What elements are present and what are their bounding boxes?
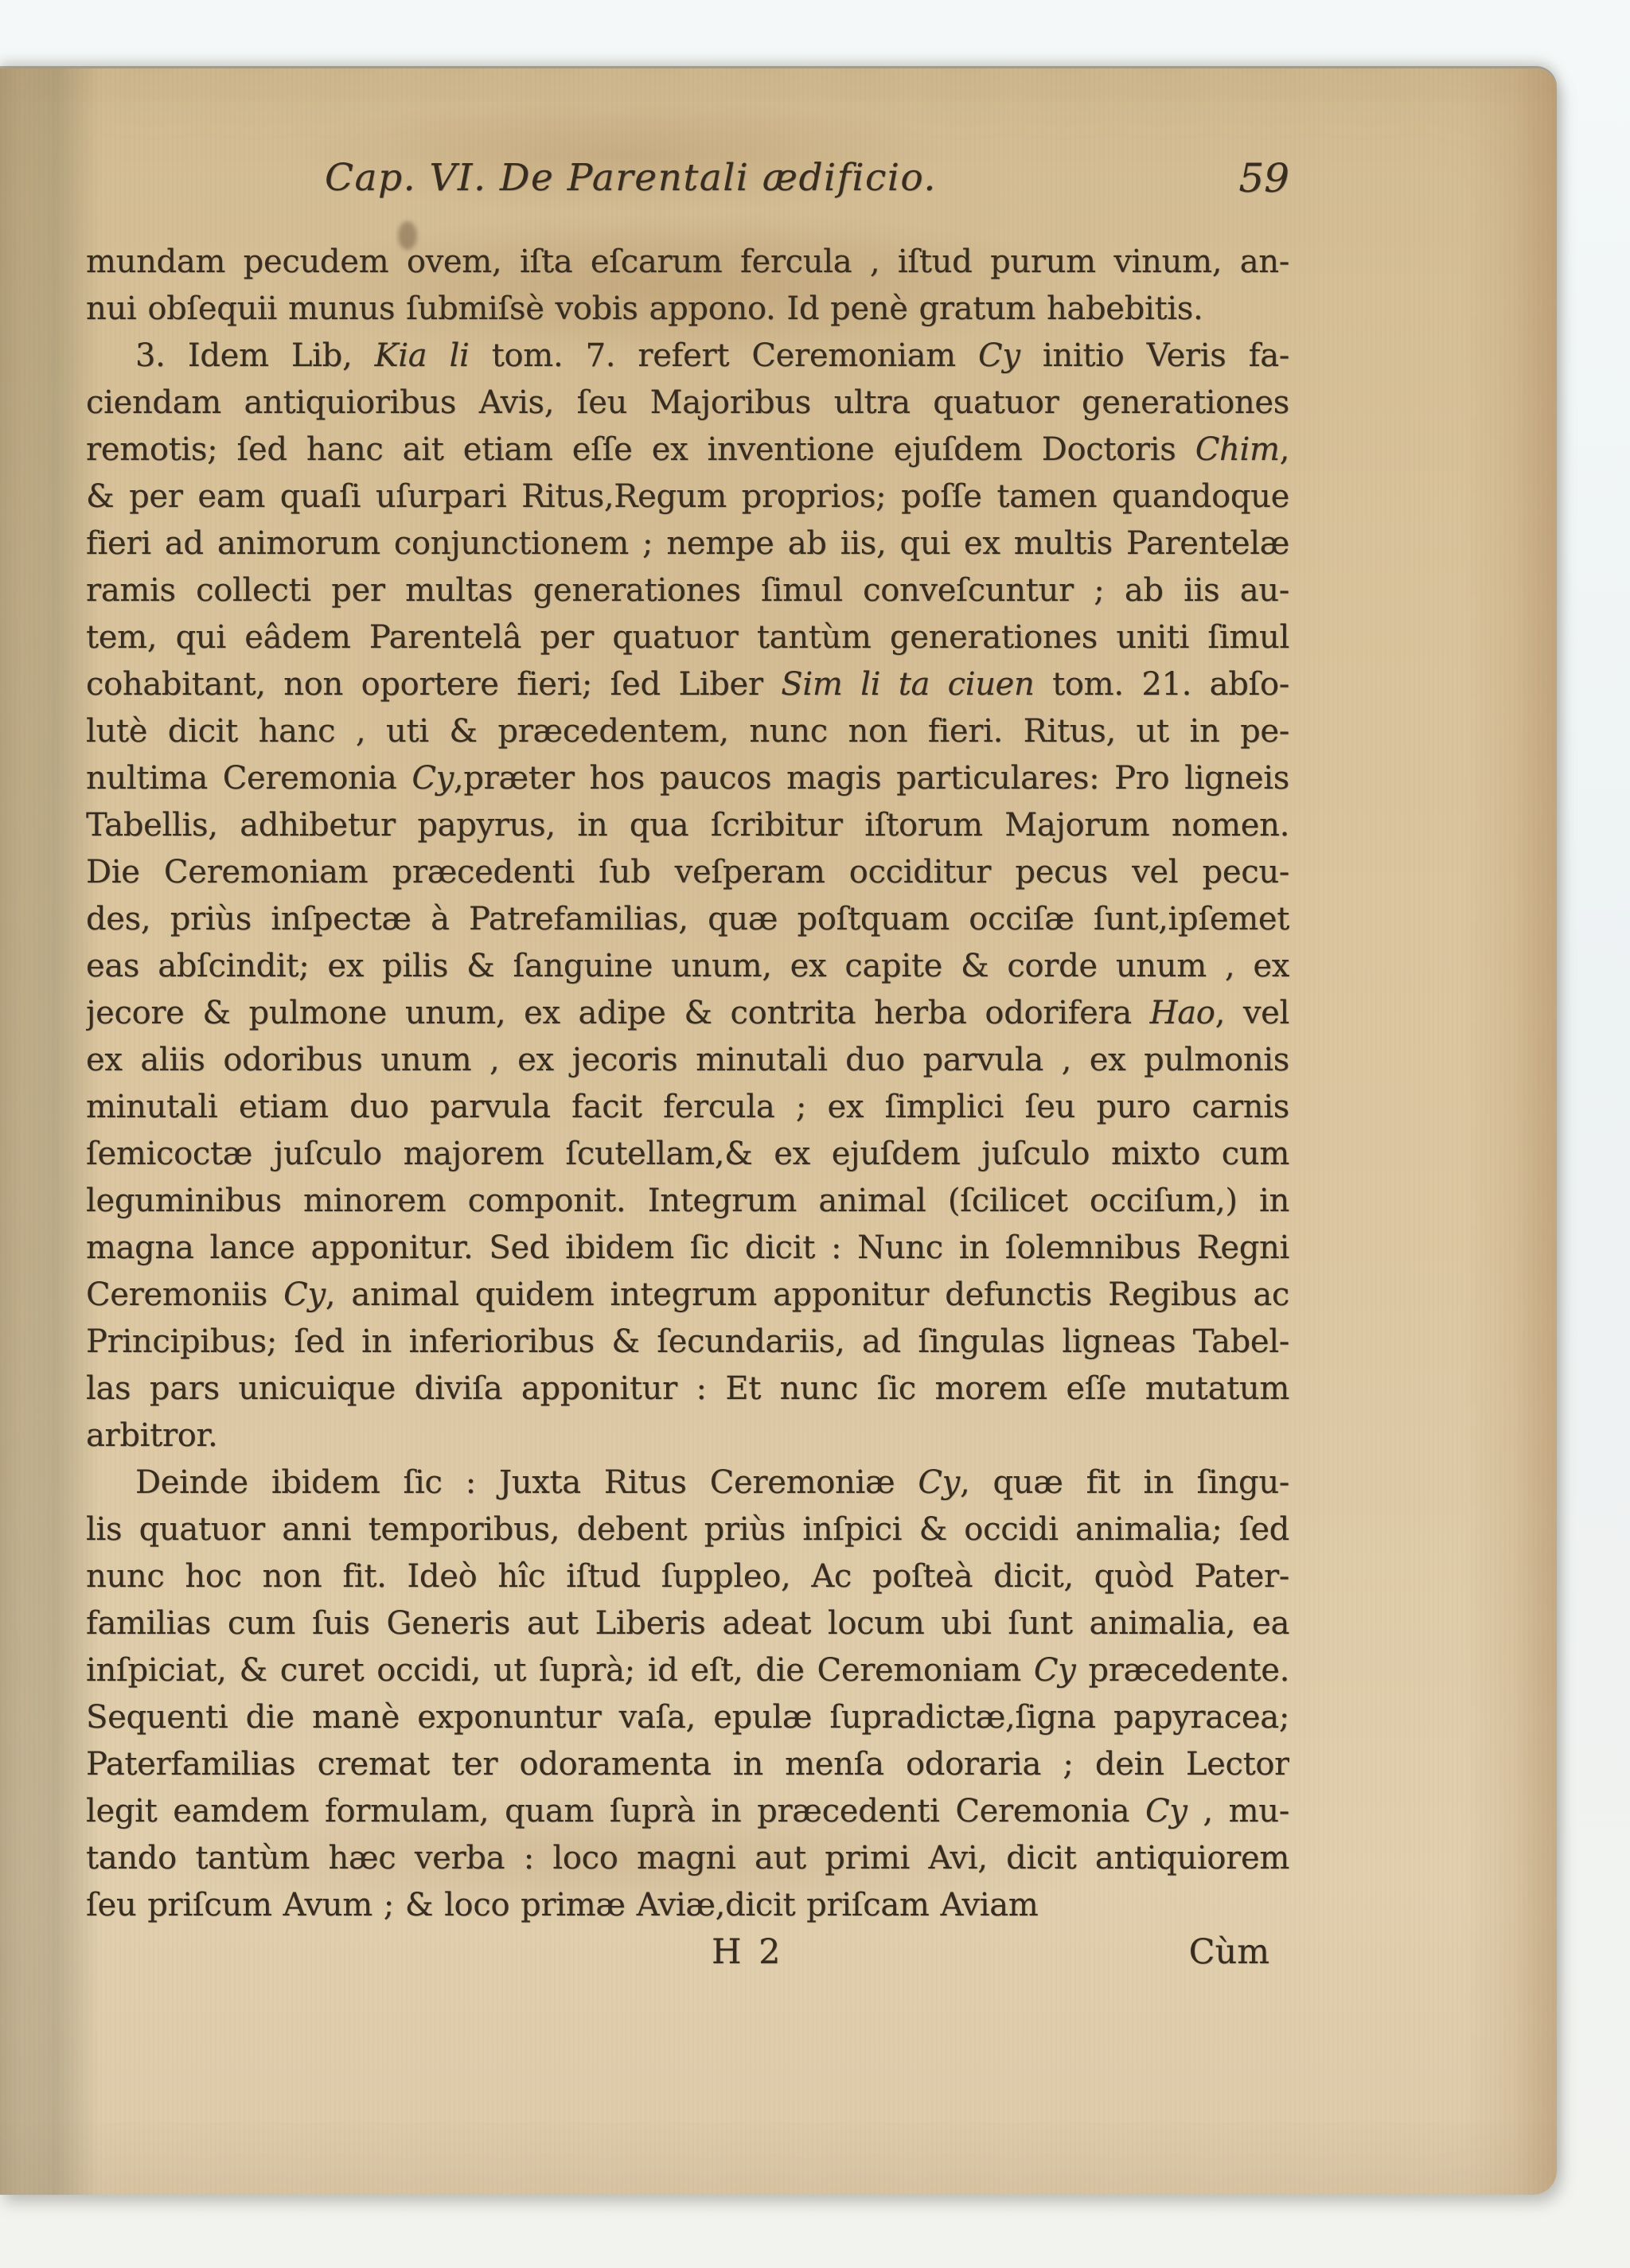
- text-line: Die Ceremoniam præcedenti ſub veſperam o…: [86, 849, 1289, 896]
- text-line: minutali etiam duo parvula facit fercula…: [86, 1084, 1289, 1131]
- text-run: Sequenti die manè exponuntur vaſa, epulæ…: [86, 1699, 1289, 1736]
- text-run: lis quatuor anni temporibus, debent priù…: [86, 1511, 1289, 1548]
- text-line: jecore & pulmone unum, ex adipe & contri…: [86, 990, 1289, 1037]
- text-line: nunc hoc non fit. Ideò hîc iſtud ſuppleo…: [86, 1553, 1289, 1600]
- text-run: leguminibus minorem componit. Integrum a…: [86, 1183, 1289, 1219]
- text-line: legit eamdem formulam, quam ſuprà in præ…: [86, 1788, 1289, 1835]
- text-run: ciendam antiquioribus Avis, ſeu Majoribu…: [86, 384, 1289, 421]
- text-run: mundam pecudem ovem, iſta eſcarum fercul…: [86, 244, 1289, 280]
- text-run: 3. Idem Lib,: [135, 337, 375, 374]
- text-run: nui obſequii munus ſubmiſsè vobis appono…: [86, 290, 1203, 327]
- text-line: ramis collecti per multas generationes ſ…: [86, 567, 1289, 614]
- text-run: fieri ad animorum conjunctionem ; nempe …: [86, 525, 1289, 562]
- body-text: mundam pecudem ovem, iſta eſcarum fercul…: [86, 239, 1289, 1929]
- text-line: magna lance apponitur. Sed ibidem ſic di…: [86, 1225, 1289, 1272]
- text-run: arbitror.: [86, 1417, 217, 1454]
- text-line: mundam pecudem ovem, iſta eſcarum fercul…: [86, 239, 1289, 286]
- page-number: 59: [1238, 146, 1289, 210]
- text-run: Die Ceremoniam præcedenti ſub veſperam o…: [86, 854, 1289, 890]
- text-line: lis quatuor anni temporibus, debent priù…: [86, 1506, 1289, 1553]
- italic-term: Cy: [283, 1276, 326, 1313]
- text-run: las pars unicuique diviſa apponitur : Et…: [86, 1370, 1289, 1407]
- text-run: præcedente.: [1075, 1652, 1289, 1689]
- running-header: Cap. VI. De Parentali ædificio. 59: [86, 146, 1289, 210]
- text-run: familias cum ſuis Generis aut Liberis ad…: [86, 1605, 1289, 1642]
- text-run: ſeu priſcum Avum ; & loco primæ Aviæ,dic…: [86, 1887, 1038, 1923]
- text-run: nunc hoc non fit. Ideò hîc iſtud ſuppleo…: [86, 1558, 1289, 1595]
- text-line: las pars unicuique diviſa apponitur : Et…: [86, 1366, 1289, 1413]
- text-line: & per eam quaſi uſurpari Ritus,Regum pro…: [86, 473, 1289, 520]
- text-run: des, priùs inſpectæ à Patrefamilias, quæ…: [86, 901, 1289, 937]
- italic-term: Cy: [978, 337, 1020, 374]
- text-line: tando tantùm hæc verba : loco magni aut …: [86, 1835, 1289, 1882]
- text-line: Sequenti die manè exponuntur vaſa, epulæ…: [86, 1694, 1289, 1741]
- italic-term: Cy: [1145, 1793, 1187, 1830]
- text-run: , animal quidem integrum apponitur defun…: [326, 1276, 1289, 1313]
- text-run: ex aliis odoribus unum , ex jecoris minu…: [86, 1042, 1289, 1078]
- text-line: Ceremoniis Cy, animal quidem integrum ap…: [86, 1272, 1289, 1319]
- text-line: tem, qui eâdem Parentelâ per quatuor tan…: [86, 614, 1289, 661]
- text-line: remotis; ſed hanc ait etiam eſſe ex inve…: [86, 427, 1289, 473]
- text-line: eas abſcindit; ex pilis & ſanguine unum,…: [86, 943, 1289, 990]
- text-run: Paterfamilias cremat ter odoramenta in m…: [86, 1746, 1289, 1783]
- text-run: magna lance apponitur. Sed ibidem ſic di…: [86, 1229, 1289, 1266]
- text-run: , quæ fit in ſingu-: [960, 1464, 1289, 1501]
- text-line: ſeu priſcum Avum ; & loco primæ Aviæ,dic…: [86, 1882, 1289, 1929]
- italic-term: Hao: [1150, 995, 1215, 1031]
- text-run: tem, qui eâdem Parentelâ per quatuor tan…: [86, 619, 1289, 656]
- text-line: leguminibus minorem componit. Integrum a…: [86, 1178, 1289, 1225]
- italic-term: Chim: [1195, 431, 1280, 468]
- italic-term: Sim li ta ciuen: [781, 666, 1034, 703]
- text-run: jecore & pulmone unum, ex adipe & contri…: [86, 995, 1150, 1031]
- text-line: des, priùs inſpectæ à Patrefamilias, quæ…: [86, 896, 1289, 943]
- chapter-title: Cap. VI. De Parentali ædificio.: [325, 146, 937, 210]
- italic-term: Cy: [1034, 1652, 1076, 1689]
- text-run: lutè dicit hanc , uti & præcedentem, nun…: [86, 713, 1289, 750]
- text-run: & per eam quaſi uſurpari Ritus,Regum pro…: [86, 478, 1289, 515]
- italic-term: Cy: [918, 1464, 960, 1501]
- text-run: minutali etiam duo parvula facit fercula…: [86, 1089, 1289, 1125]
- text-run: ſemicoctæ juſculo majorem ſcutellam,& ex…: [86, 1136, 1289, 1172]
- italic-term: Kia li: [375, 337, 470, 374]
- book-photo: { "colors":{"paper":"#dcc6a0","ink":"#37…: [0, 0, 1630, 2268]
- text-run: cohabitant, non oportere fieri; ſed Libe…: [86, 666, 781, 703]
- text-run: ,: [1280, 431, 1289, 468]
- signature-mark: H 2: [712, 1927, 784, 1977]
- text-run: Tabellis, adhibetur papyrus, in qua ſcri…: [86, 807, 1289, 844]
- text-run: Deinde ibidem ſic : Juxta Ritus Ceremoni…: [135, 1464, 918, 1501]
- book-page: Cap. VI. De Parentali ædificio. 59 munda…: [0, 68, 1557, 2195]
- catchword: Cùm: [1189, 1927, 1269, 1977]
- text-run: inſpiciat, & curet occidi, ut ſuprà; id …: [86, 1652, 1034, 1689]
- text-line: Deinde ibidem ſic : Juxta Ritus Ceremoni…: [86, 1459, 1289, 1506]
- text-run: remotis; ſed hanc ait etiam eſſe ex inve…: [86, 431, 1195, 468]
- text-run: Ceremoniis: [86, 1276, 283, 1313]
- text-run: nultima Ceremonia: [86, 760, 411, 797]
- text-line: ſemicoctæ juſculo majorem ſcutellam,& ex…: [86, 1131, 1289, 1178]
- text-run: eas abſcindit; ex pilis & ſanguine unum,…: [86, 948, 1289, 984]
- text-line: lutè dicit hanc , uti & præcedentem, nun…: [86, 708, 1289, 755]
- text-line: arbitror.: [86, 1413, 1289, 1459]
- text-line: nultima Ceremonia Cy,præter hos paucos m…: [86, 755, 1289, 802]
- text-run: tando tantùm hæc verba : loco magni aut …: [86, 1840, 1289, 1876]
- text-line: ciendam antiquioribus Avis, ſeu Majoribu…: [86, 380, 1289, 427]
- text-line: ex aliis odoribus unum , ex jecoris minu…: [86, 1037, 1289, 1084]
- text-line: Paterfamilias cremat ter odoramenta in m…: [86, 1741, 1289, 1788]
- text-line: nui obſequii munus ſubmiſsè vobis appono…: [86, 286, 1289, 333]
- page-footer: H 2 Cùm: [86, 1927, 1289, 1977]
- text-run: tom. 7. refert Ceremoniam: [470, 337, 979, 374]
- text-run: ,præter hos paucos magis particulares: P…: [454, 760, 1289, 797]
- text-run: , mu-: [1187, 1793, 1289, 1830]
- text-run: , vel: [1215, 995, 1289, 1031]
- text-line: inſpiciat, & curet occidi, ut ſuprà; id …: [86, 1647, 1289, 1694]
- text-line: familias cum ſuis Generis aut Liberis ad…: [86, 1600, 1289, 1647]
- text-run: legit eamdem formulam, quam ſuprà in præ…: [86, 1793, 1145, 1830]
- text-run: tom. 21. abſo-: [1035, 666, 1289, 703]
- text-line: 3. Idem Lib, Kia li tom. 7. refert Cerem…: [86, 333, 1289, 380]
- text-run: Principibus; ſed in inferioribus & ſecun…: [86, 1323, 1289, 1360]
- text-run: ramis collecti per multas generationes ſ…: [86, 572, 1289, 609]
- text-run: initio Veris fa-: [1020, 337, 1289, 374]
- text-line: fieri ad animorum conjunctionem ; nempe …: [86, 520, 1289, 567]
- italic-term: Cy: [411, 760, 454, 797]
- text-line: Principibus; ſed in inferioribus & ſecun…: [86, 1319, 1289, 1366]
- text-line: cohabitant, non oportere fieri; ſed Libe…: [86, 661, 1289, 708]
- text-line: Tabellis, adhibetur papyrus, in qua ſcri…: [86, 802, 1289, 849]
